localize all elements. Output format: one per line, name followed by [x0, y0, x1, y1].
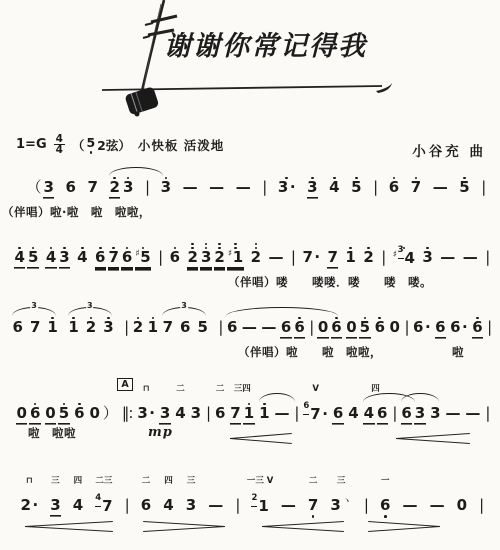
- note-group: 四4: [163, 490, 174, 521]
- note-token: 6: [294, 312, 305, 343]
- note-group: |: [485, 398, 490, 429]
- grace-note: 2: [251, 491, 257, 507]
- note-group: 3: [159, 398, 170, 429]
- note-group: 63: [401, 398, 426, 429]
- note-group: 0: [389, 312, 400, 343]
- note-number: 0: [45, 406, 55, 421]
- note-number: 5: [360, 320, 370, 335]
- note-number: 0: [346, 320, 356, 335]
- note-token: 6: [121, 242, 132, 273]
- note-number: |: [481, 180, 485, 195]
- note-token: 2: [109, 172, 120, 203]
- note-number: 5: [197, 320, 207, 335]
- note-body: |: [290, 250, 295, 267]
- decrescendo-hairpin: [368, 520, 440, 534]
- note-number: 0: [17, 406, 27, 421]
- grace-note: 6: [303, 399, 309, 415]
- note-body: 7·: [302, 250, 321, 267]
- hairpin-line: [143, 526, 225, 532]
- note-group: |: [373, 172, 378, 203]
- lyric-text: 啦: [452, 344, 464, 360]
- note-body: |: [309, 320, 314, 337]
- note-token: 6: [65, 172, 76, 203]
- note-token: 6: [388, 172, 399, 203]
- note-number: 6: [170, 250, 180, 265]
- note-body: |: [235, 498, 240, 515]
- note-token: —: [280, 490, 296, 521]
- note-token: 7: [327, 242, 338, 273]
- note-token: 3·: [277, 172, 296, 203]
- note-number: |: [404, 320, 408, 335]
- tuning-note: 5: [86, 135, 95, 154]
- note-number: |: [125, 498, 129, 513]
- note-body: 1: [259, 406, 270, 423]
- note-group: |: [158, 242, 163, 273]
- music-line: 36713123|213765|6——66|060560|6·66·6|（伴唱）…: [0, 312, 500, 374]
- note-token: 6: [226, 312, 237, 343]
- note-token: 5: [459, 172, 470, 203]
- note-token: —: [462, 242, 478, 273]
- note-number: |: [124, 320, 128, 335]
- note-group: 二7: [307, 490, 318, 521]
- note-group: —: [429, 490, 445, 521]
- note-number: 1: [345, 250, 355, 265]
- note-group: 3671: [12, 312, 64, 343]
- erhu-peg-end: [143, 36, 150, 38]
- bar-token: |: [158, 242, 163, 273]
- note-number: 6: [333, 406, 343, 421]
- note-token: 1: [243, 398, 254, 429]
- lyric-text: （伴唱）啦·啦 啦 啦啦，: [2, 204, 151, 220]
- note-group: V67·: [303, 398, 329, 430]
- note-group: |: [124, 490, 129, 521]
- note-token: 7: [230, 398, 241, 429]
- note-body: 3: [185, 498, 196, 515]
- note-number: —: [440, 250, 455, 265]
- note-token: 0: [45, 398, 56, 429]
- note-token: —: [402, 490, 418, 521]
- note-token: 6: [140, 490, 151, 521]
- note-group: |: [404, 312, 409, 343]
- note-group: —: [280, 490, 296, 521]
- note-group: 6: [388, 172, 399, 203]
- note-body: |: [485, 406, 490, 423]
- note-token: 21: [251, 490, 269, 522]
- note-token: 5: [197, 312, 208, 343]
- annotation-mark: 四: [74, 477, 83, 486]
- note-token: 3: [430, 398, 441, 429]
- crescendo-hairpin: [262, 520, 344, 534]
- music-line: 45434676♯5|6232♯12—|7·712|♯343——|（伴唱）喽 喽…: [0, 242, 500, 304]
- note-group: |: [485, 242, 490, 273]
- note-group: |: [381, 242, 386, 273]
- note-number: —: [209, 180, 224, 195]
- note-token: —: [209, 172, 225, 203]
- note-body: 6: [65, 180, 76, 197]
- tempo-marking: 小快板 活泼地: [138, 136, 224, 154]
- bar-token: |: [485, 242, 490, 273]
- note-body: 67·: [303, 406, 329, 424]
- note-body: 7: [230, 406, 241, 423]
- note-body: 6: [374, 320, 385, 337]
- note-body: 7: [410, 180, 421, 197]
- note-number: |: [262, 180, 266, 195]
- note-group: |: [487, 312, 492, 343]
- bar-token: ‖:: [121, 398, 133, 429]
- note-group: 三3ヽ: [330, 490, 352, 521]
- note-token: 3: [414, 398, 425, 429]
- annotation-mark: 二: [216, 385, 225, 394]
- note-token: 6: [12, 312, 23, 343]
- note-token: 7: [410, 172, 421, 203]
- note-number: 6: [331, 320, 341, 335]
- note-body: |: [381, 250, 386, 267]
- sheet-music-page: { "page":{"bg":"#fbfaf7","ink":"#1c1c1c"…: [0, 0, 500, 550]
- octave-dot: [234, 243, 237, 246]
- note-group: 06: [317, 312, 342, 343]
- note-number: 7: [163, 320, 173, 335]
- note-body: 4: [329, 180, 340, 197]
- note-body: ）: [102, 406, 117, 423]
- note-body: 2: [363, 250, 374, 267]
- triplet-number: 3: [180, 302, 188, 310]
- erhu-endpin: [135, 112, 140, 117]
- note-group: —: [440, 242, 456, 273]
- note-body: 3: [103, 320, 114, 337]
- note-group: 6: [435, 312, 446, 343]
- note-group: 43: [45, 242, 70, 273]
- note-number: |: [479, 498, 483, 513]
- note-number: 7: [108, 250, 118, 265]
- note-group: |: [205, 398, 210, 429]
- bar-token: |: [479, 490, 484, 521]
- note-body: 0: [16, 406, 27, 423]
- note-token: 1: [68, 312, 79, 343]
- slur-arc: [226, 307, 338, 316]
- note-group: 6: [374, 312, 385, 343]
- note-number: 7: [88, 180, 98, 195]
- note-body: 2·: [20, 498, 39, 515]
- decrescendo-hairpin: [143, 520, 225, 534]
- note-number: 6: [215, 406, 225, 421]
- note-body: 3: [430, 406, 441, 423]
- meter-denominator: 4: [56, 145, 63, 155]
- note-body: |: [218, 320, 223, 337]
- note-number: 6: [30, 406, 40, 421]
- note-token: 6: [331, 312, 342, 343]
- note-number: 7: [308, 498, 318, 513]
- note-group: —: [462, 242, 478, 273]
- bar-token: （: [26, 172, 41, 203]
- note-body: ♯34: [392, 250, 415, 268]
- note-group: |: [218, 312, 223, 343]
- note-body: ♯5: [135, 250, 151, 267]
- note-number: 7: [310, 407, 320, 422]
- grace-note: 4: [95, 491, 101, 507]
- tuning-open-paren: （: [72, 136, 85, 154]
- note-number: |: [235, 498, 239, 513]
- note-number: 4: [77, 250, 87, 265]
- note-token: —: [208, 490, 224, 521]
- note-body: |: [262, 180, 267, 197]
- augmentation-dot: ·: [290, 180, 296, 195]
- note-number: —: [465, 406, 480, 421]
- note-token: —: [432, 172, 448, 203]
- note-group: 1: [345, 242, 356, 273]
- note-body: 2: [109, 180, 120, 197]
- note-number: 3: [422, 250, 432, 265]
- note-token: 3: [200, 242, 211, 273]
- note-token: 5: [58, 398, 69, 429]
- note-number: 1: [244, 406, 254, 421]
- note-token: 4: [329, 172, 340, 203]
- note-body: 3: [190, 406, 201, 423]
- composer-credit: 小谷充 曲: [412, 140, 486, 160]
- note-body: |: [205, 406, 210, 423]
- note-group: 3: [160, 172, 171, 203]
- octave-dot: [384, 515, 387, 518]
- note-body: 6: [435, 320, 446, 337]
- note-body: 3ヽ: [330, 498, 352, 515]
- note-token: —: [261, 312, 277, 343]
- note-body: |: [392, 406, 397, 423]
- note-token: —: [235, 172, 251, 203]
- annotation-mark: 一: [381, 477, 390, 486]
- note-number: 3: [103, 320, 113, 335]
- slide-down-mark: ヽ: [342, 494, 352, 509]
- note-token: 7: [87, 172, 98, 203]
- note-body: 5: [351, 180, 362, 197]
- note-body: 5: [58, 406, 69, 423]
- note-body: —: [274, 406, 290, 423]
- note-body: —: [462, 250, 478, 267]
- triplet-number: 3: [30, 302, 38, 310]
- note-body: 6: [226, 320, 237, 337]
- note-number: （: [27, 180, 41, 195]
- bar-token: |: [218, 312, 223, 343]
- erhu-neck: [140, 0, 164, 100]
- note-number: 7: [102, 499, 112, 514]
- note-number: 6: [294, 320, 304, 335]
- note-body: 3: [59, 250, 70, 267]
- note-number: 3: [160, 406, 170, 421]
- note-body: 4: [77, 250, 88, 267]
- note-group: 6: [332, 398, 343, 429]
- note-group: 232♯1: [187, 242, 244, 273]
- note-group: —: [465, 398, 481, 429]
- note-number: —: [208, 498, 223, 513]
- note-number: 6: [401, 406, 411, 421]
- note-group: 7: [327, 242, 338, 273]
- note-body: 21: [251, 498, 269, 516]
- note-body: 0: [89, 406, 100, 423]
- note-number: 1: [259, 406, 269, 421]
- note-body: 6: [401, 406, 412, 423]
- note-token: —: [182, 172, 198, 203]
- note-token: 3: [190, 398, 201, 429]
- note-body: 0: [346, 320, 357, 337]
- note-token: 4: [77, 242, 88, 273]
- note-number: 4: [175, 406, 185, 421]
- note-token: 7: [162, 312, 173, 343]
- note-number: 4: [15, 250, 25, 265]
- note-body: 0: [45, 406, 56, 423]
- note-group: —: [241, 312, 257, 343]
- note-number: 6: [180, 320, 190, 335]
- note-number: 1: [68, 320, 78, 335]
- note-body: 1: [147, 320, 158, 337]
- note-number: 4: [73, 498, 83, 513]
- note-token: 0: [89, 398, 100, 429]
- note-group: 四46: [363, 398, 388, 429]
- note-body: 3: [50, 498, 61, 515]
- hairpin-line: [25, 526, 113, 532]
- lyric-text: （伴唱）啦 啦 啦啦，: [238, 344, 382, 360]
- note-token: 3·: [137, 398, 156, 429]
- erhu-soundbox: [124, 86, 159, 115]
- octave-dot: [205, 243, 208, 246]
- note-number: 4: [329, 180, 339, 195]
- note-body: 2: [214, 250, 225, 267]
- note-number: |: [485, 406, 489, 421]
- note-number: 3: [161, 180, 171, 195]
- note-token: 67·: [303, 398, 329, 430]
- note-number: 2: [188, 250, 198, 265]
- note-number: |: [485, 250, 489, 265]
- note-number: 6: [380, 498, 390, 513]
- lyric-text: （伴唱）喽 喽喽．喽 喽 喽。: [228, 274, 432, 290]
- note-group: 4: [77, 242, 88, 273]
- note-number: 3: [330, 498, 340, 513]
- note-body: |: [479, 498, 484, 515]
- note-token: 6·: [413, 312, 432, 343]
- augmentation-dot: ·: [322, 407, 328, 422]
- note-token: 2: [363, 242, 374, 273]
- note-group: —: [268, 242, 284, 273]
- note-group: 06: [16, 398, 41, 429]
- note-number: 3: [50, 498, 60, 513]
- erhu-peg-upper: [151, 16, 177, 22]
- note-number: —: [281, 498, 296, 513]
- note-group: 5: [351, 172, 362, 203]
- note-group: 一三 V21: [251, 490, 269, 522]
- note-group: 1: [147, 312, 158, 343]
- note-token: 3: [50, 490, 61, 521]
- note-token: 7: [29, 312, 40, 343]
- note-number: 4: [364, 406, 374, 421]
- note-body: 6: [388, 180, 399, 197]
- slur-arc: [259, 393, 295, 402]
- note-token: 3: [43, 172, 54, 203]
- note-number: 0: [390, 320, 400, 335]
- song-title: 谢谢你常记得我: [164, 24, 367, 63]
- note-token: 1: [47, 312, 58, 343]
- note-token: 6·: [450, 312, 469, 343]
- note-token: 6: [180, 312, 191, 343]
- note-group: 23: [109, 172, 134, 203]
- note-body: ‖:: [121, 406, 133, 423]
- rehearsal-mark: A: [117, 378, 132, 391]
- note-number: 7: [30, 320, 40, 335]
- note-body: 4: [348, 406, 359, 423]
- note-body: 3: [159, 406, 170, 423]
- note-body: 6: [380, 498, 391, 515]
- note-body: —: [445, 406, 461, 423]
- note-token: 3: [422, 242, 433, 273]
- note-number: 6: [122, 250, 132, 265]
- note-body: —: [241, 320, 257, 337]
- note-number: 3: [430, 406, 440, 421]
- note-number: —: [446, 406, 461, 421]
- note-group: |: [309, 312, 314, 343]
- note-number: 5: [459, 180, 469, 195]
- note-group: 3: [422, 242, 433, 273]
- note-group: 三四71: [230, 398, 255, 429]
- note-body: 2: [187, 250, 198, 267]
- note-body: —: [465, 406, 481, 423]
- note-number: —: [183, 180, 198, 195]
- erhu-bow-tip: [376, 83, 392, 93]
- note-group: |: [124, 312, 129, 343]
- note-token: 3: [59, 242, 70, 273]
- note-token: 3: [160, 172, 171, 203]
- note-token: 6: [435, 312, 446, 343]
- note-group: 3: [190, 398, 201, 429]
- note-group: |: [144, 172, 149, 203]
- note-number: 3: [186, 498, 196, 513]
- time-signature: 4 4: [54, 134, 65, 155]
- note-token: ♯1: [227, 242, 243, 273]
- note-group: |: [235, 490, 240, 521]
- note-body: 6: [180, 320, 191, 337]
- note-group: |: [481, 172, 486, 203]
- note-body: 4: [175, 406, 186, 423]
- note-body: 6: [12, 320, 23, 337]
- annotation-mark: 四: [164, 477, 173, 486]
- note-body: 1: [47, 320, 58, 337]
- note-body: 7: [162, 320, 173, 337]
- note-token: 4: [175, 398, 186, 429]
- note-group: |: [290, 242, 295, 273]
- note-group: 05: [346, 312, 371, 343]
- note-token: 4: [363, 398, 374, 429]
- note-number: —: [430, 498, 445, 513]
- note-token: 6: [74, 398, 85, 429]
- note-token: 2: [132, 312, 143, 343]
- music-line: ⊓2·三3四4二三47|二6四4三3—|一三 V21—二7三3ヽ|一6——0|: [0, 490, 500, 550]
- note-number: 2: [110, 180, 120, 195]
- note-number: 2: [363, 250, 373, 265]
- note-token: 4: [14, 242, 25, 273]
- note-group: 二6: [140, 490, 151, 521]
- note-group: ⊓3·: [137, 398, 156, 429]
- note-group: |: [392, 398, 397, 429]
- note-number: 6: [281, 320, 291, 335]
- note-number: 6: [413, 320, 423, 335]
- note-number: 0: [318, 320, 328, 335]
- hairpin-line: [262, 526, 344, 532]
- note-body: 3: [43, 180, 54, 197]
- note-body: 1: [243, 406, 254, 423]
- note-body: 7: [307, 498, 318, 515]
- key-indicator: 1=G: [16, 137, 47, 152]
- note-number: 1: [148, 320, 158, 335]
- bar-token: |: [487, 312, 492, 343]
- annotation-mark: ⊓: [143, 385, 150, 394]
- note-token: 1: [345, 242, 356, 273]
- note-group: 2: [132, 312, 143, 343]
- note-number: |: [373, 180, 377, 195]
